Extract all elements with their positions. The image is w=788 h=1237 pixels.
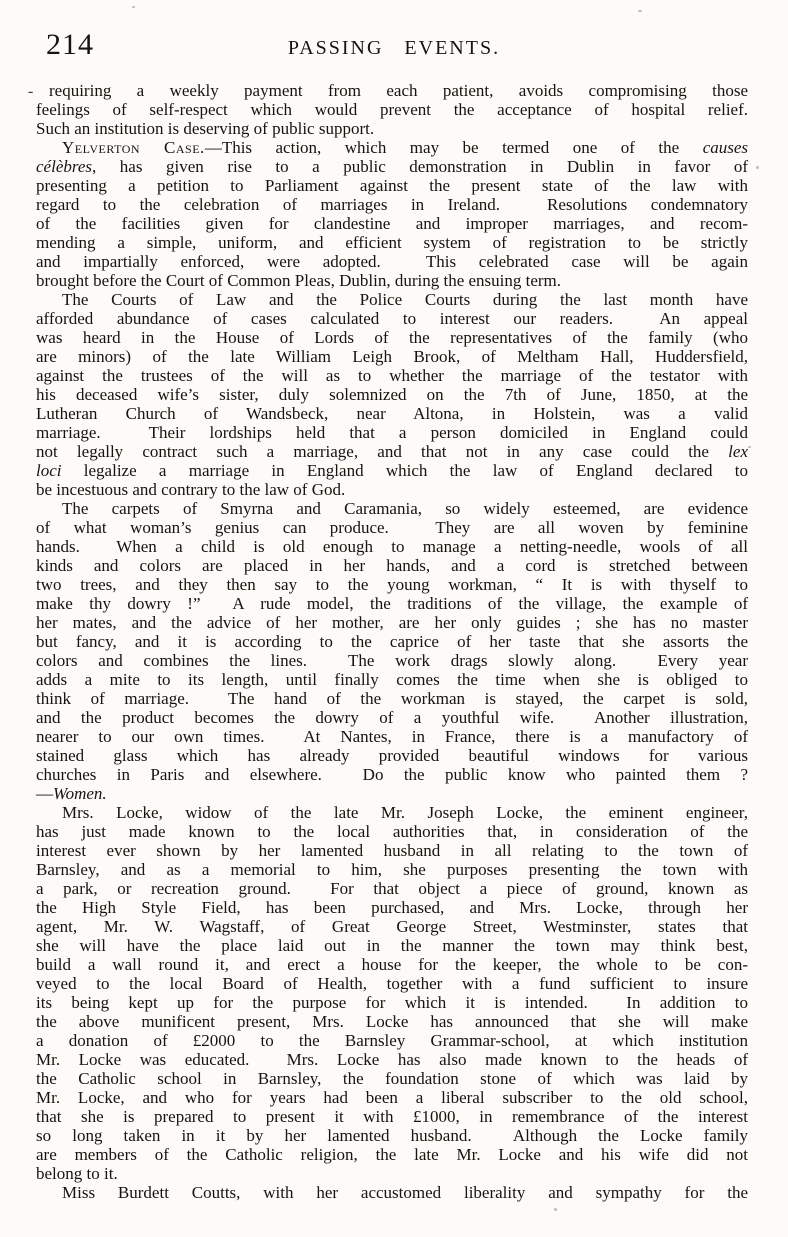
text-line: Lutheran Church of Wandsbeck, near Alton… [36,404,748,423]
text-line: against the trustees of the will as to w… [36,366,748,385]
text-line: so long taken in it by her lamented husb… [36,1126,748,1145]
text-line: kinds and colors are placed in her hands… [36,556,748,575]
text-line: requiring a weekly payment from each pat… [36,81,748,100]
paragraph: The carpets of Smyrna and Caramania, so … [36,499,748,803]
text-line: regard to the celebration of marriages i… [36,195,748,214]
text-line: colors and combines the lines. The work … [36,651,748,670]
page-title: PASSING EVENTS. [0,37,788,60]
text-line: she will have the place laid out in the … [36,936,748,955]
text-line: think of marriage. The hand of the workm… [36,689,748,708]
text-line: of the facilities given for clandestine … [36,214,748,233]
scan-artifact-dash: - [28,83,33,101]
text-line: two trees, and they then say to the youn… [36,575,748,594]
text-line: agent, Mr. W. Wagstaff, of Great George … [36,917,748,936]
text-line: mending a simple, uniform, and efficient… [36,233,748,252]
text-line: a park, or recreation ground. For that o… [36,879,748,898]
text-line: Yelverton Case.—This action, which may b… [36,138,748,157]
scan-speck [554,1208,557,1211]
text-line: feelings of self-respect which would pre… [36,100,748,119]
text-line: afforded abundance of cases calculated t… [36,309,748,328]
scan-speck [132,6,135,8]
paragraph: Miss Burdett Coutts, with her accustomed… [36,1183,748,1202]
text-line: The carpets of Smyrna and Caramania, so … [36,499,748,518]
text-line: her mates, and the advice of her mother,… [36,613,748,632]
text-line: make thy dowry !” A rude model, the trad… [36,594,748,613]
text-line: are minors) of the late William Leigh Br… [36,347,748,366]
text-line: The Courts of Law and the Police Courts … [36,290,748,309]
text-line: presenting a petition to Parliament agai… [36,176,748,195]
text-line: its being kept up for the purpose for wh… [36,993,748,1012]
text-line: the above munificent present, Mrs. Locke… [36,1012,748,1031]
text-line: Such an institution is deserving of publ… [36,119,748,138]
text-line: interest ever shown by her lamented husb… [36,841,748,860]
text-line: nearer to our own times. At Nantes, in F… [36,727,748,746]
text-line: are members of the Catholic religion, th… [36,1145,748,1164]
text-line: stained glass which has already provided… [36,746,748,765]
scan-speck [748,446,751,448]
text-line: his deceased wife’s sister, duly solemni… [36,385,748,404]
text-line: hands. When a child is old enough to man… [36,537,748,556]
text-line: Mr. Locke, and who for years had been a … [36,1088,748,1107]
text-line: was heard in the House of Lords of the r… [36,328,748,347]
text-line: veyed to the local Board of Health, toge… [36,974,748,993]
paragraph: Mrs. Locke, widow of the late Mr. Joseph… [36,803,748,1183]
text-line: but fancy, and it is according to the ca… [36,632,748,651]
text-line: Mr. Locke was educated. Mrs. Locke has a… [36,1050,748,1069]
page-body: requiring a weekly payment from each pat… [36,81,748,1202]
text-line: has just made known to the local authori… [36,822,748,841]
text-line: brought before the Court of Common Pleas… [36,271,748,290]
scan-speck [756,166,759,169]
text-line: the High Style Field, has been purchased… [36,898,748,917]
text-line: and impartially enforced, were adopted. … [36,252,748,271]
paragraph: Yelverton Case.—This action, which may b… [36,138,748,290]
text-line: —Women. [36,784,748,803]
text-line: a donation of £2000 to the Barnsley Gram… [36,1031,748,1050]
text-line: be incestuous and contrary to the law of… [36,480,748,499]
text-line: adds a mite to its length, until finally… [36,670,748,689]
text-line: and the product becomes the dowry of a y… [36,708,748,727]
text-line: Barnsley, and as a memorial to him, she … [36,860,748,879]
text-line: not legally contract such a marriage, an… [36,442,748,461]
text-line: loci legalize a marriage in England whic… [36,461,748,480]
paragraph: requiring a weekly payment from each pat… [36,81,748,138]
text-line: of what woman’s genius can produce. They… [36,518,748,537]
text-line: Mrs. Locke, widow of the late Mr. Joseph… [36,803,748,822]
text-line: that she is prepared to present it with … [36,1107,748,1126]
text-line: belong to it. [36,1164,748,1183]
text-line: célèbres, has given rise to a public dem… [36,157,748,176]
text-line: marriage. Their lordships held that a pe… [36,423,748,442]
scan-speck [638,10,642,12]
text-line: build a wall round it, and erect a house… [36,955,748,974]
text-line: the Catholic school in Barnsley, the fou… [36,1069,748,1088]
text-line: Miss Burdett Coutts, with her accustomed… [36,1183,748,1202]
paragraph: The Courts of Law and the Police Courts … [36,290,748,499]
text-line: churches in Paris and elsewhere. Do the … [36,765,748,784]
